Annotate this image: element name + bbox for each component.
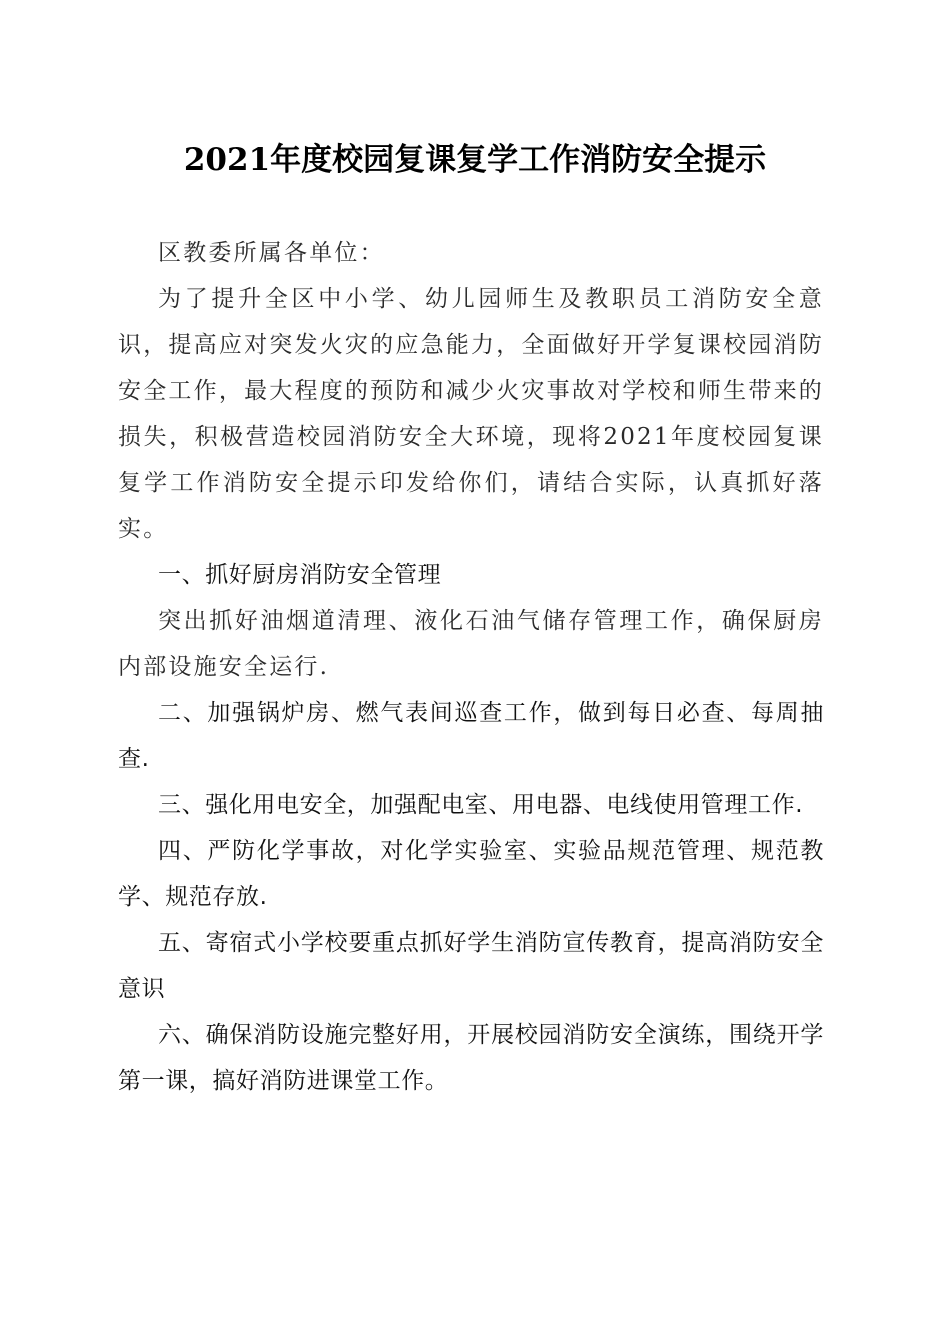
section-heading-3: 三、强化用电安全，加强配电室、用电器、电线使用管理工作. (118, 782, 824, 828)
section-body-1: 突出抓好油烟道清理、液化石油气储存管理工作，确保厨房内部设施安全运行. (118, 598, 824, 690)
section-heading-4: 四、严防化学事故，对化学实验室、实验品规范管理、规范教学、规范存放. (118, 828, 824, 920)
salutation: 区教委所属各单位： (118, 230, 824, 276)
intro-paragraph: 为了提升全区中小学、幼儿园师生及教职员工消防安全意识，提高应对突发火灾的应急能力… (118, 276, 824, 552)
document-body: 区教委所属各单位： 为了提升全区中小学、幼儿园师生及教职员工消防安全意识，提高应… (118, 230, 824, 1104)
section-heading-6: 六、确保消防设施完整好用，开展校园消防安全演练，围绕开学第一课，搞好消防进课堂工… (118, 1012, 824, 1104)
section-heading-2: 二、加强锅炉房、燃气表间巡查工作，做到每日必查、每周抽查. (118, 690, 824, 782)
section-heading-5: 五、寄宿式小学校要重点抓好学生消防宣传教育，提高消防安全意识 (118, 920, 824, 1012)
section-heading-1: 一、抓好厨房消防安全管理 (118, 552, 824, 598)
document-title: 2021年度校园复课复学工作消防安全提示 (0, 136, 950, 184)
document-page: 2021年度校园复课复学工作消防安全提示 区教委所属各单位： 为了提升全区中小学… (0, 0, 950, 1344)
